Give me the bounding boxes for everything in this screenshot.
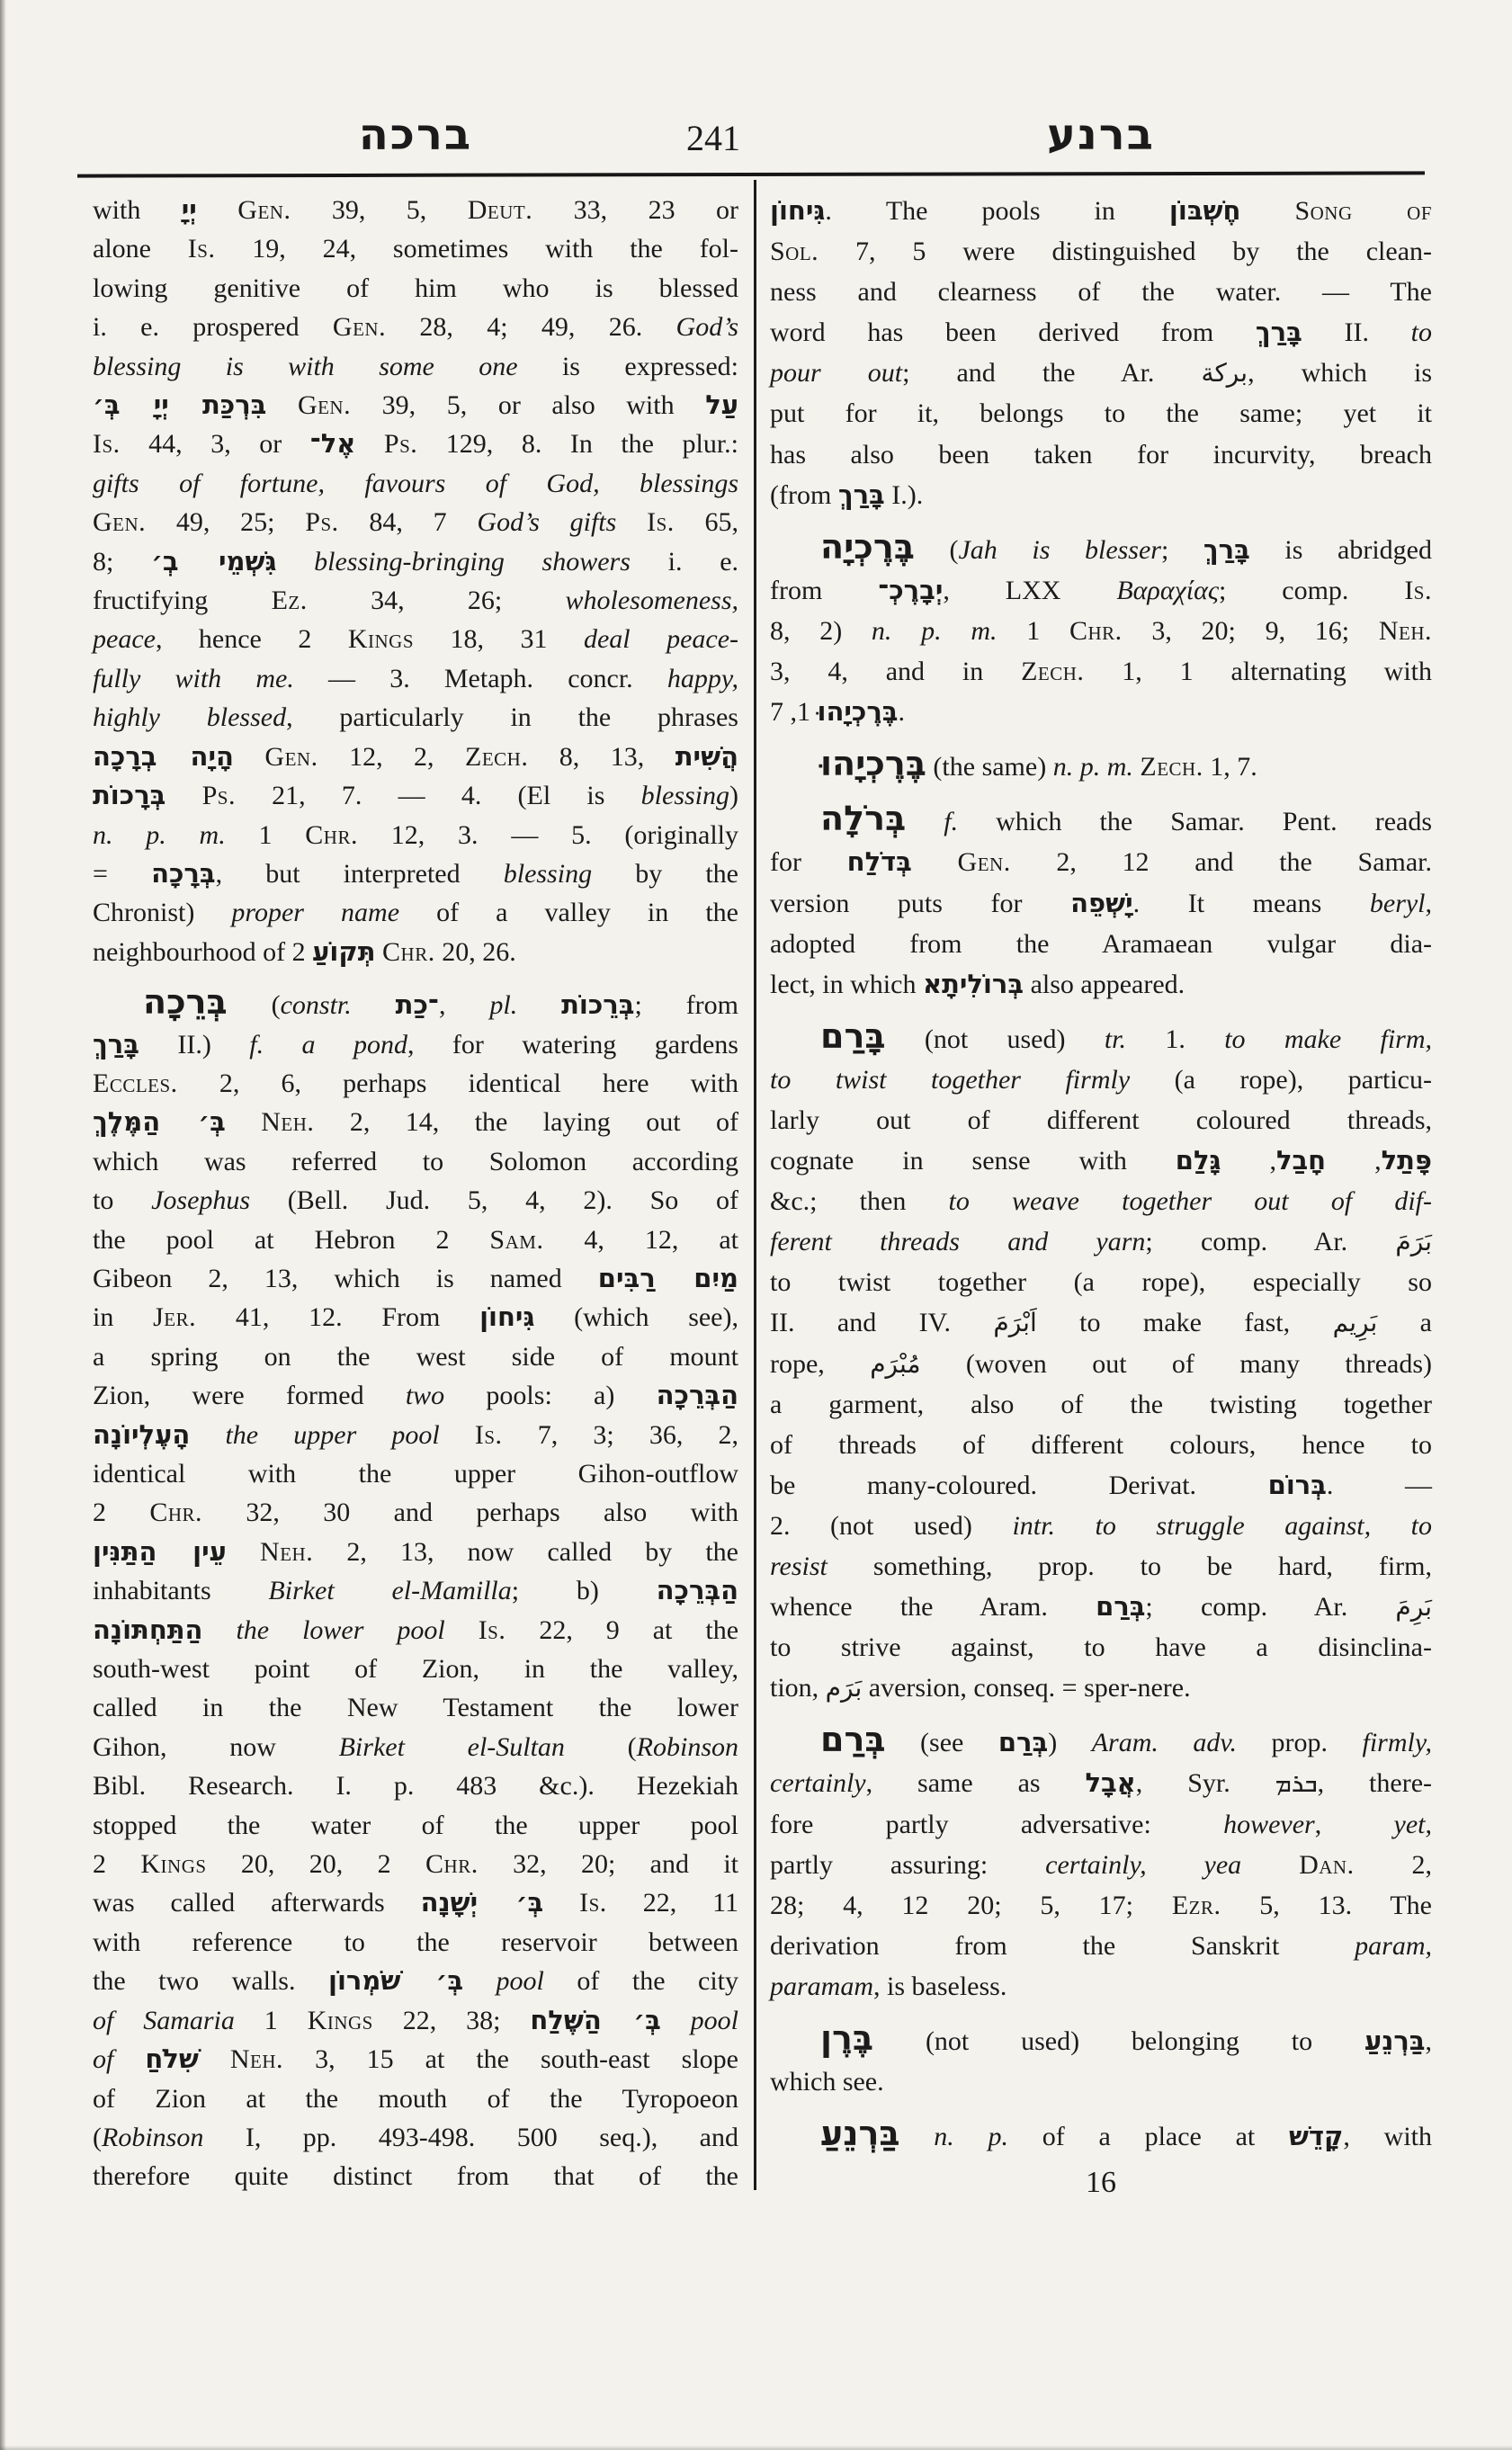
latin-text: (a rope), particu-	[1130, 1065, 1432, 1095]
latin-text: f. a pond	[249, 1030, 407, 1060]
latin-text: 2, 12 and the Samar.	[1011, 847, 1432, 877]
latin-text: Jer.	[153, 1302, 196, 1332]
latin-text	[517, 990, 561, 1020]
latin-text: which the Samar. Pent. reads	[958, 807, 1432, 836]
latin-text: , same as	[866, 1768, 1086, 1798]
arabic-text: اَبْرَمَ	[993, 1308, 1036, 1337]
latin-text: ,	[1221, 1146, 1275, 1176]
text-line: with יְיָ Gen. 39, 5, Deut. 33, 23 or	[93, 191, 738, 229]
text-line: to strive against, to have a disinclina-	[770, 1627, 1432, 1668]
latin-text: Chr.	[382, 937, 435, 967]
latin-text: Ps.	[384, 429, 417, 459]
latin-text: to make fast,	[1037, 1308, 1333, 1337]
entry-paragraph: בְּרַם (see בְּרַם) Aram. adv. prop. fir…	[770, 1720, 1432, 2007]
latin-text: the pool at Hebron 2	[93, 1225, 489, 1255]
latin-text: Is.	[647, 507, 675, 537]
hebrew-text: בִּרְכַּת יְיָ בְּ׳	[93, 389, 266, 420]
latin-text: 20, 20, 2	[207, 1849, 425, 1879]
latin-text	[355, 429, 384, 459]
latin-text: Is.	[188, 234, 216, 264]
latin-text: Dan.	[1299, 1850, 1355, 1880]
latin-text: 21, 7. — 4. (El is	[236, 781, 641, 810]
latin-text: by the	[592, 859, 738, 889]
text-line: rope, مُبْرَم (woven out of many threads…	[770, 1344, 1432, 1384]
hebrew-text: גִּיחוֹן	[479, 1301, 534, 1332]
latin-text: , for watering gardens	[407, 1030, 738, 1060]
latin-text: stopped the water of the upper pool	[93, 1811, 738, 1840]
latin-text: is expressed:	[518, 352, 738, 381]
latin-text: pool	[691, 2006, 738, 2035]
latin-text: south-west point of Zion, in the valley,	[93, 1654, 738, 1684]
latin-text	[543, 1888, 579, 1918]
latin-text: 22, 11	[607, 1888, 738, 1918]
latin-text: Neh.	[261, 1107, 314, 1137]
latin-text: 32, 30 and perhaps also with	[202, 1498, 738, 1527]
text-line: whence the Aram. בְּרַם; comp. Ar. بَرِم…	[770, 1587, 1432, 1627]
latin-text: Robinson	[637, 1732, 738, 1762]
latin-text: therefore quite distinct from that of th…	[93, 2161, 738, 2191]
latin-text: Gen.	[333, 312, 386, 342]
text-line: be many-coloured. Derivat. בְּרוֹם. —	[770, 1465, 1432, 1506]
latin-text: (from	[770, 480, 838, 510]
latin-text: blessing	[504, 859, 592, 889]
header-keyword-right: ברנע	[770, 101, 1432, 169]
latin-text: 39, 5, or also with	[351, 390, 705, 420]
latin-text: blessing	[641, 781, 729, 810]
hebrew-text: בְּרָכוֹת	[93, 780, 166, 810]
text-line: put for it, belongs to the same; yet it	[770, 393, 1432, 434]
hebrew-text: בְּרֵכוֹת	[561, 989, 634, 1020]
latin-text: 65,	[675, 507, 738, 537]
scan-edge-bottom-shadow	[0, 2446, 1512, 2450]
latin-text: n. p. m.	[1053, 752, 1133, 782]
latin-text	[234, 742, 264, 772]
latin-text: pl.	[489, 990, 517, 1020]
text-line: 8; גִּשְׁמֵי בְ׳ blessing-bringing showe…	[93, 542, 738, 581]
text-line: בִּרְכַּת יְיָ בְּ׳ Gen. 39, 5, or also …	[93, 386, 738, 425]
latin-text: Neh.	[260, 1537, 313, 1567]
sheet-signature: 16	[770, 2166, 1432, 2200]
latin-text: (	[565, 1732, 637, 1762]
latin-text: 5, 13. The	[1221, 1891, 1432, 1920]
left-column: with יְיָ Gen. 39, 5, Deut. 33, 23 oralo…	[93, 191, 738, 2196]
latin-text: 20, 26.	[435, 937, 516, 967]
latin-text: Gen.	[958, 847, 1011, 877]
latin-text: yet,	[1394, 1810, 1432, 1839]
text-line: alone Is. 19, 24, sometimes with the fol…	[93, 229, 738, 268]
latin-text: Chronist)	[93, 898, 231, 927]
text-line: neighbourhood of תְּקוֹעַ 2 Chr. 20, 26.	[93, 933, 738, 971]
hebrew-text: הֲשִׁית	[675, 741, 738, 772]
hebrew-text: בָּרַךְ	[1203, 534, 1250, 565]
latin-text: , there-	[1318, 1768, 1432, 1798]
latin-text: Ps.	[305, 507, 338, 537]
latin-text: — 3. Metaph. concr.	[294, 664, 667, 693]
hebrew-text: קָדֵשׁ	[1289, 2121, 1343, 2151]
hebrew-text: הַתַּחְתּוֹנָה	[93, 1614, 203, 1645]
hebrew-text: בְּדֹלַח	[847, 846, 912, 877]
latin-text: Kings	[140, 1849, 206, 1879]
latin-text: ; and the Ar.	[902, 358, 1201, 388]
text-line: therefore quite distinct from that of th…	[93, 2157, 738, 2195]
latin-text	[226, 1107, 261, 1137]
latin-text: also appeared.	[1024, 970, 1185, 999]
text-line: &c.; then to weave together out of dif-	[770, 1181, 1432, 1221]
latin-text: certainly, yea	[1045, 1850, 1241, 1880]
text-line: which see.	[770, 2061, 1432, 2102]
latin-text: partly assuring:	[770, 1850, 1045, 1880]
hebrew-text: גָּלַם	[1176, 1145, 1221, 1176]
latin-text: certainly	[770, 1768, 866, 1798]
latin-text: i. e.	[631, 547, 738, 577]
text-line: בְּ׳ הַמֶּלֶךְ Neh. 2, 14, the laying ou…	[93, 1103, 738, 1141]
hebrew-text: בָּרַךְ	[838, 479, 885, 510]
latin-text: II. and IV.	[770, 1308, 993, 1337]
latin-text: ,	[439, 990, 489, 1020]
latin-text: peace	[93, 624, 156, 654]
hebrew-text: בֶּרֶכְיָה	[820, 527, 915, 567]
hebrew-text: יְבָרֶכְ־	[878, 575, 943, 605]
text-line: in Jer. 41, 12. From גִּיחוֹן (which see…	[93, 1298, 738, 1337]
latin-text: 2, 13, now called by the	[313, 1537, 738, 1567]
latin-text: 4, 12, at	[543, 1225, 738, 1255]
latin-text: Kings	[348, 624, 414, 654]
latin-text: has also been taken for incurvity, breac…	[770, 440, 1432, 469]
latin-text: of Samaria	[93, 2006, 235, 2035]
text-line: a spring on the west side of mount	[93, 1337, 738, 1376]
latin-text: . It means	[1133, 889, 1370, 918]
latin-text: Zech.	[465, 742, 528, 772]
text-line: version puts for יָשְׁפֵה. It means bery…	[770, 883, 1432, 924]
latin-text: 129, 8. In the plur.:	[417, 429, 738, 459]
text-line: was called afterwards בְּ׳ יְשָׁנָה Is. …	[93, 1883, 738, 1922]
latin-text	[440, 1420, 475, 1450]
text-line: has also been taken for incurvity, breac…	[770, 434, 1432, 475]
text-line: i. e. prospered Gen. 28, 4; 49, 26. God’…	[93, 308, 738, 346]
text-line: בָּרַם (not used) tr. 1. to make firm,	[770, 1016, 1432, 1060]
text-line: gifts of fortune, favours of God, blessi…	[93, 464, 738, 503]
latin-text: Chr.	[149, 1498, 202, 1527]
text-line: of threads of different colours, hence t…	[770, 1425, 1432, 1465]
latin-text: of a place at	[1008, 2122, 1289, 2151]
latin-text: to strive against, to have a disinclina-	[770, 1632, 1432, 1662]
latin-text: intr. to struggle against, to	[1012, 1511, 1432, 1541]
hebrew-text: בָּרַם	[820, 1016, 886, 1056]
latin-text: a	[1377, 1308, 1432, 1337]
latin-text: Gen.	[93, 507, 146, 537]
text-line: הָעֶלְיוֹנָה the upper pool Is. 7, 3; 36…	[93, 1416, 738, 1454]
latin-text: ; comp.	[1219, 576, 1404, 605]
latin-text: 84, 7	[339, 507, 478, 537]
latin-text: paramam	[770, 1972, 873, 2001]
latin-text: (woven out of many threads)	[920, 1349, 1432, 1379]
text-line: identical with the upper Gihon-outflow	[93, 1454, 738, 1493]
latin-text: beryl,	[1370, 889, 1432, 918]
latin-text: 34, 26;	[308, 586, 566, 615]
latin-text: proper name	[231, 898, 399, 927]
latin-text: (which see),	[534, 1302, 738, 1332]
latin-text: 28; 4, 12 20; 5, 17;	[770, 1891, 1172, 1920]
latin-text: Is.	[479, 1615, 506, 1645]
entry-paragraph: with יְיָ Gen. 39, 5, Deut. 33, 23 oralo…	[93, 191, 738, 971]
text-line: for בְּדֹלַח Gen. 2, 12 and the Samar.	[770, 842, 1432, 882]
latin-text: Gihon, now	[93, 1732, 339, 1762]
latin-text: blessing-bringing showers	[314, 547, 631, 577]
latin-text: gifts of fortune, favours of God, blessi…	[93, 469, 738, 498]
latin-text: Robinson	[102, 2123, 203, 2152]
text-line: עֵין הַתַּנִּין Neh. 2, 13, now called b…	[93, 1533, 738, 1571]
hebrew-text: חֶשְׁבּוֹן	[1169, 195, 1241, 226]
arabic-text: بَرَمَ	[1395, 1227, 1432, 1256]
latin-text: ferent threads and yarn	[770, 1227, 1145, 1256]
text-line: (Robinson I, pp. 493-498. 500 seq.), and	[93, 2118, 738, 2157]
latin-text: however	[1223, 1810, 1315, 1839]
latin-text: , hence 2	[156, 624, 348, 654]
text-line: 2 Chr. 32, 30 and perhaps also with	[93, 1493, 738, 1532]
hebrew-text: פָּתַל	[1382, 1145, 1432, 1176]
latin-text: fructifying	[93, 586, 272, 615]
text-line: גִּיחוֹן. The pools in חֶשְׁבּוֹן Song o…	[770, 191, 1432, 231]
latin-text: lowing genitive of him who is blessed	[93, 273, 738, 303]
hebrew-text: בָּרַךְ	[1256, 317, 1302, 347]
latin-text: to	[93, 1185, 151, 1215]
hebrew-text: חָבַל	[1276, 1145, 1326, 1176]
hebrew-text: הַבְּרֵכָה	[657, 1575, 738, 1605]
text-line: to Josephus (Bell. Jud. 5, 4, 2). So of	[93, 1181, 738, 1220]
hebrew-text: בְּרַם	[998, 1727, 1048, 1757]
latin-text	[166, 781, 201, 810]
latin-text: which see.	[770, 2067, 884, 2097]
entry-paragraph: בַּרְנֵעַ n. p. of a place at קָדֵשׁ, wi…	[770, 2114, 1432, 2157]
latin-text: 49, 25;	[146, 507, 305, 537]
hebrew-text: בְּ׳ הַמֶּלֶךְ	[93, 1106, 226, 1137]
latin-text: , LXX	[943, 576, 1116, 605]
latin-text: 3, 15 at the south-east slope	[283, 2044, 738, 2074]
latin-text: 12, 2,	[318, 742, 465, 772]
text-line: south-west point of Zion, in the valley,	[93, 1650, 738, 1688]
latin-text: pool	[497, 1966, 544, 1996]
text-line: הַתַּחְתּוֹנָה the lower pool Is. 22, 9 …	[93, 1611, 738, 1650]
latin-text: Birket el-Sultan	[339, 1732, 565, 1762]
hebrew-text: אֲבָל	[1085, 1767, 1135, 1798]
latin-text: highly blessed	[93, 702, 286, 732]
latin-text: , Syr.	[1136, 1768, 1275, 1798]
hebrew-text: הָעֶלְיוֹנָה	[93, 1419, 190, 1450]
text-line: fructifying Ez. 34, 26; wholesomeness,	[93, 581, 738, 620]
latin-text: tion,	[770, 1673, 826, 1703]
latin-text: of	[93, 2044, 145, 2074]
latin-text: to make firm,	[1224, 1024, 1432, 1054]
hebrew-text: ־כַת	[396, 989, 439, 1020]
latin-text: of the city	[544, 1966, 738, 1996]
arabic-text: ܒܪܡ	[1275, 1768, 1318, 1798]
latin-text: ; from	[634, 990, 738, 1020]
latin-text: firmly,	[1362, 1728, 1432, 1757]
latin-text: I, pp. 493-498. 500 seq.), and	[203, 2123, 738, 2152]
hebrew-text: עַל	[705, 389, 738, 420]
text-line: 28; 4, 12 20; 5, 17; Ezr. 5, 13. The	[770, 1885, 1432, 1926]
latin-text: 33, 23 or	[532, 195, 738, 225]
latin-text: of threads of different colours, hence t…	[770, 1430, 1432, 1460]
arabic-text: بركة	[1201, 358, 1248, 388]
latin-text: , particularly in the phrases	[286, 702, 738, 732]
latin-text: 2	[93, 1498, 149, 1527]
latin-text: identical with the upper Gihon-outflow	[93, 1459, 738, 1489]
latin-text: 8, 2)	[770, 616, 872, 646]
latin-text: 2, 14, the laying out of	[314, 1107, 738, 1137]
entry-paragraph: בֶּרֶן (not used) belonging to בַּרְנֵעַ…	[770, 2018, 1432, 2102]
latin-text: Sol.	[770, 237, 819, 266]
latin-text: ,	[1326, 1146, 1381, 1176]
latin-text: which was referred to Solomon according	[93, 1147, 738, 1176]
latin-text	[906, 807, 944, 836]
right-column: גִּיחוֹן. The pools in חֶשְׁבּוֹן Song o…	[770, 191, 1432, 2200]
hebrew-text: יְיָ	[182, 194, 197, 225]
latin-text: Is.	[579, 1888, 607, 1918]
latin-text: 8;	[93, 547, 151, 577]
latin-text: called in the New Testament the lower	[93, 1693, 738, 1722]
latin-text: Deut.	[468, 195, 533, 225]
latin-text: inhabitants	[93, 1576, 268, 1605]
latin-text	[266, 390, 298, 420]
latin-text: 2, 6, perhaps identical here with	[178, 1069, 738, 1098]
text-line: Gen. 49, 25; Ps. 84, 7 God’s gifts Is. 6…	[93, 503, 738, 541]
latin-text: 2. (not used)	[770, 1511, 1012, 1541]
text-line: Gibeon 2, 13, which is named מַיִם רַבִּ…	[93, 1259, 738, 1298]
hebrew-text: בֶּרֶכְיָהוּ	[818, 696, 899, 727]
latin-text: two	[406, 1381, 444, 1410]
latin-text: ;	[1161, 535, 1203, 565]
latin-text: (Bell. Jud. 5, 4, 2). So of	[250, 1185, 738, 1215]
latin-text: (see	[886, 1728, 998, 1757]
dictionary-page: ברכה 241 ברנע with יְיָ Gen. 39, 5, Deut…	[0, 0, 1512, 2450]
latin-text: the lower pool	[236, 1615, 444, 1645]
hebrew-text: יָשְׁפֵה	[1070, 888, 1133, 918]
latin-text	[661, 2006, 691, 2035]
latin-text: ,	[1315, 1810, 1394, 1839]
latin-text: . —	[1327, 1471, 1432, 1500]
latin-text: Neh.	[1379, 616, 1432, 646]
text-line: of שִׁלֹחַ Neh. 3, 15 at the south-east …	[93, 2040, 738, 2079]
hebrew-text: גִּיחוֹן	[770, 195, 825, 226]
text-line: בֶּרֶכְיָה (Jah is blesser; בָּרַךְ is a…	[770, 527, 1432, 570]
hebrew-text: בֶּרֶן	[820, 2018, 873, 2058]
latin-text: to twist together (a rope), especially s…	[770, 1267, 1432, 1297]
latin-text: of Zion at the mouth of the Tyropoeon	[93, 2084, 738, 2114]
latin-text: 44, 3, or	[121, 429, 310, 459]
latin-text: 39, 5,	[291, 195, 467, 225]
latin-text: fore partly adversative:	[770, 1810, 1223, 1839]
latin-text: 7, 5 were distinguished by the clean-	[819, 237, 1432, 266]
latin-text: Ez.	[272, 586, 308, 615]
latin-text: ,	[1426, 2026, 1433, 2056]
latin-text: wholesomeness,	[566, 586, 738, 615]
latin-text: lect, in which	[770, 970, 923, 999]
text-line: word has been derived from בָּרַךְ II. t…	[770, 312, 1432, 353]
text-line: tion, بَرَم aversion, conseq. = sper-ner…	[770, 1668, 1432, 1708]
latin-text: Gibeon 2, 13, which is named	[93, 1264, 598, 1293]
text-line: Is. 44, 3, or אֶל־ Ps. 129, 8. In the pl…	[93, 425, 738, 463]
hebrew-text: בְּרוֹלִיתָא	[923, 969, 1024, 999]
latin-text	[912, 847, 958, 877]
latin-text: Birket el-Mamilla	[268, 1576, 511, 1605]
text-line: 3, 4, and in Zech. 1, 1 alternating with	[770, 651, 1432, 692]
latin-text: param,	[1355, 1931, 1432, 1961]
latin-text: word has been derived from	[770, 317, 1256, 347]
latin-text: 28, 4; 49, 26.	[386, 312, 675, 342]
latin-text: to weave together out of dif-	[949, 1186, 1433, 1216]
latin-text: Bibl. Research. I. p. 483 &c.). Hezekiah	[93, 1771, 738, 1801]
latin-text: 3, 20; 9, 16;	[1123, 616, 1379, 646]
text-line: 2. (not used) intr. to struggle against,…	[770, 1506, 1432, 1546]
text-line: בָּרַךְ II.) f. a pond, for watering gar…	[93, 1025, 738, 1064]
latin-text: Ps.	[202, 781, 236, 810]
text-line: בֶּרֶכְיָהוּ (the same) n. p. m. Zech. 1…	[770, 744, 1432, 787]
text-line: ferent threads and yarn; comp. Ar. بَرَم…	[770, 1221, 1432, 1262]
hebrew-text: בְּרַם	[820, 1720, 886, 1759]
latin-text: ; comp. Ar.	[1145, 1592, 1395, 1622]
latin-text: Is.	[475, 1420, 503, 1450]
latin-text	[616, 507, 647, 537]
latin-text: i. e. prospered	[93, 312, 333, 342]
text-line: from יְבָרֶכְ־, LXX Βαραχίας; comp. Is.	[770, 570, 1432, 611]
text-line: with reference to the reservoir between	[93, 1923, 738, 1962]
text-line: called in the New Testament the lower	[93, 1688, 738, 1727]
latin-text: with	[93, 195, 182, 225]
latin-text: larly out of different coloured threads,	[770, 1105, 1432, 1135]
text-line: Zion, were formed two pools: a) הַבְּרֵכ…	[93, 1376, 738, 1415]
latin-text: neighbourhood of	[93, 937, 292, 967]
text-line: pour out; and the Ar. بركة, which is	[770, 353, 1432, 393]
text-line: highly blessed, particularly in the phra…	[93, 698, 738, 737]
latin-text: , with	[1343, 2122, 1432, 2151]
latin-text: &c.; then	[770, 1186, 949, 1216]
hebrew-text: מַיִם רַבִּים	[598, 1263, 738, 1293]
text-line: בְּרֹלָה f. which the Samar. Pent. reads	[770, 799, 1432, 842]
latin-text: a garment, also of the twisting together	[770, 1390, 1432, 1419]
hebrew-text: אֶל־	[310, 428, 356, 459]
hebrew-text: בְּ׳ שֹׁמְרוֹן	[328, 1965, 463, 1996]
latin-text: put for it, belongs to the same; yet it	[770, 398, 1432, 428]
text-line: בְּרַם (see בְּרַם) Aram. adv. prop. fir…	[770, 1720, 1432, 1763]
text-line: larly out of different coloured threads,	[770, 1100, 1432, 1140]
latin-text: to	[1411, 317, 1432, 347]
text-line: paramam, is baseless.	[770, 1966, 1432, 2007]
latin-text: II.	[1302, 317, 1411, 347]
latin-text: Zech.	[1021, 657, 1084, 686]
latin-text: rope,	[770, 1349, 870, 1379]
latin-text: 2	[93, 1849, 140, 1879]
latin-text: 19, 24, sometimes with the fol-	[215, 234, 738, 264]
latin-text: happy,	[667, 664, 738, 693]
latin-text: n. p. m.	[93, 820, 226, 850]
latin-text: is abridged	[1250, 535, 1432, 565]
latin-text: 1, 7.	[1203, 752, 1257, 782]
latin-text: . The pools in	[825, 196, 1169, 226]
hebrew-text: בְּ׳ הַשֶּׁלַח	[530, 2005, 660, 2035]
latin-text: God’s	[676, 312, 738, 342]
latin-text: (not used)	[886, 1024, 1105, 1054]
latin-text: (not used) belonging to	[873, 2026, 1364, 2056]
latin-text: )	[1048, 1728, 1092, 1757]
latin-text: Is.	[93, 429, 121, 459]
latin-text: 18, 31	[414, 624, 584, 654]
hebrew-text: בָּרַךְ	[93, 1029, 139, 1060]
latin-text: 2,	[1355, 1850, 1432, 1880]
scan-edge-shadow	[0, 0, 6, 2450]
text-line: Gihon, now Birket el-Sultan (Robinson	[93, 1728, 738, 1766]
latin-text: for	[770, 847, 847, 877]
